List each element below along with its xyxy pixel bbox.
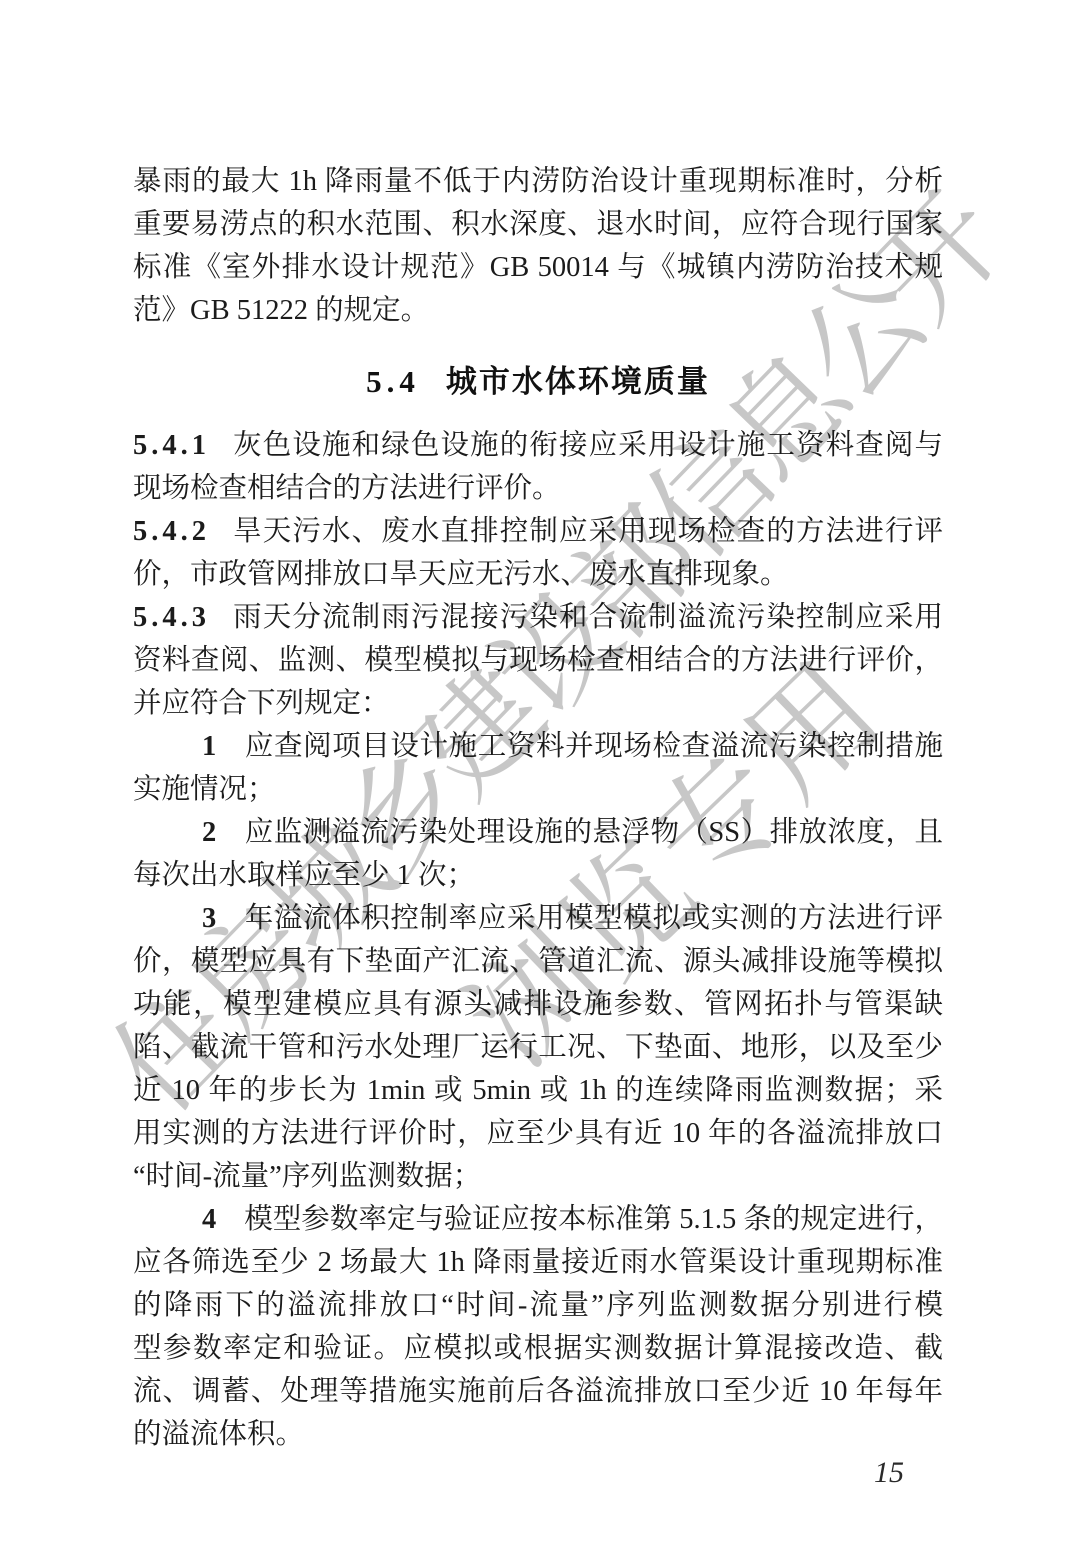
text-line: 范》GB 51222 的规定。 [133,289,943,332]
text-run: 标准《室外排水设计规范》GB 50014 与《城镇内涝防治技术规 [133,252,943,283]
text-run: 价，模型应具有下垫面产汇流、管道汇流、源头减排设施等模拟 [133,946,943,977]
section-heading: 5.4城市水体环境质量 [133,360,943,403]
text-run: 重要易涝点的积水范围、积水深度、退水时间，应符合现行国家 [133,209,943,240]
clause-number: 5.4.1 [133,430,210,461]
text-line: 4模型参数率定与验证应按本标准第 5.1.5 条的规定进行， [133,1198,943,1241]
text-line: 1应查阅项目设计施工资料并现场检查溢流污染控制措施 [133,725,943,768]
text-line: 标准《室外排水设计规范》GB 50014 与《城镇内涝防治技术规 [133,246,943,289]
clause-number: 5.4.3 [133,602,210,633]
section-number: 5.4 [366,364,420,399]
text-run: 并应符合下列规定： [133,688,390,719]
text-run: 应监测溢流污染处理设施的悬浮物（SS）排放浓度，且 [244,817,943,848]
item-number: 2 [202,817,216,848]
section-title: 城市水体环境质量 [446,364,710,399]
item-number: 4 [202,1204,216,1235]
text-run: 暴雨的最大 1h 降雨量不低于内涝防治设计重现期标准时，分析 [133,166,943,197]
text-line: 并应符合下列规定： [133,682,943,725]
text-run: 年溢流体积控制率应采用模型模拟或实测的方法进行评 [244,903,943,934]
text-line: 近 10 年的步长为 1min 或 5min 或 1h 的连续降雨监测数据；采 [133,1069,943,1112]
text-run: 雨天分流制雨污混接污染和合流制溢流污染控制应采用 [232,602,943,633]
text-run: 流、调蓄、处理等措施实施前后各溢流排放口至少近 10 年每年 [133,1376,943,1407]
text-line: 现场检查相结合的方法进行评价。 [133,467,943,510]
text-run: 每次出水取样应至少 1 次； [133,860,475,891]
text-run: 资料查阅、监测、模型模拟与现场检查相结合的方法进行评价， [133,645,943,676]
text-line: 用实测的方法进行评价时，应至少具有近 10 年的各溢流排放口 [133,1112,943,1155]
text-run: 范》GB 51222 的规定。 [133,295,429,326]
page-number: 15 [874,1456,904,1490]
clause-number: 5.4.2 [133,516,210,547]
text-line: 功能，模型建模应具有源头减排设施参数、管网拓扑与管渠缺 [133,983,943,1026]
text-run: 的降雨下的溢流排放口“时间-流量”序列监测数据分别进行模 [133,1290,943,1321]
text-run: 近 10 年的步长为 1min 或 5min 或 1h 的连续降雨监测数据；采 [133,1075,943,1106]
text-run: 旱天污水、废水直排控制应采用现场检查的方法进行评 [232,516,943,547]
text-line: 3年溢流体积控制率应采用模型模拟或实测的方法进行评 [133,897,943,940]
text-run: 模型参数率定与验证应按本标准第 5.1.5 条的规定进行， [244,1204,943,1235]
text-line: 每次出水取样应至少 1 次； [133,854,943,897]
text-line: 价，市政管网排放口旱天应无污水、废水直排现象。 [133,553,943,596]
text-line: 价，模型应具有下垫面产汇流、管道汇流、源头减排设施等模拟 [133,940,943,983]
text-line: 暴雨的最大 1h 降雨量不低于内涝防治设计重现期标准时，分析 [133,160,943,203]
text-run: 价，市政管网排放口旱天应无污水、废水直排现象。 [133,559,789,590]
text-run: 现场检查相结合的方法进行评价。 [133,473,561,504]
text-line: 的溢流体积。 [133,1413,943,1456]
text-run: 功能，模型建模应具有源头减排设施参数、管网拓扑与管渠缺 [133,989,943,1020]
text-line: 流、调蓄、处理等措施实施前后各溢流排放口至少近 10 年每年 [133,1370,943,1413]
text-line: 的降雨下的溢流排放口“时间-流量”序列监测数据分别进行模 [133,1284,943,1327]
text-line: 实施情况； [133,768,943,811]
text-line: 5.4.2旱天污水、废水直排控制应采用现场检查的方法进行评 [133,510,943,553]
text-line: 5.4.3雨天分流制雨污混接污染和合流制溢流污染控制应采用 [133,596,943,639]
text-run: 型参数率定和验证。应模拟或根据实测数据计算混接改造、截 [133,1333,943,1364]
text-run: 的溢流体积。 [133,1419,304,1450]
text-line: 重要易涝点的积水范围、积水深度、退水时间，应符合现行国家 [133,203,943,246]
text-line: 2应监测溢流污染处理设施的悬浮物（SS）排放浓度，且 [133,811,943,854]
document-body: 暴雨的最大 1h 降雨量不低于内涝防治设计重现期标准时，分析重要易涝点的积水范围… [133,160,943,1456]
text-run: 应查阅项目设计施工资料并现场检查溢流污染控制措施 [244,731,943,762]
item-number: 3 [202,903,216,934]
text-run: “时间-流量”序列监测数据； [133,1161,481,1192]
document-page: 住房城乡建设部信息公开 浏览专用 暴雨的最大 1h 降雨量不低于内涝防治设计重现… [0,0,1080,1564]
text-run: 实施情况； [133,774,276,805]
text-line: “时间-流量”序列监测数据； [133,1155,943,1198]
text-run: 灰色设施和绿色设施的衔接应采用设计施工资料查阅与 [232,430,943,461]
text-line: 应各筛选至少 2 场最大 1h 降雨量接近雨水管渠设计重现期标准 [133,1241,943,1284]
text-line: 5.4.1灰色设施和绿色设施的衔接应采用设计施工资料查阅与 [133,424,943,467]
text-line: 型参数率定和验证。应模拟或根据实测数据计算混接改造、截 [133,1327,943,1370]
text-run: 应各筛选至少 2 场最大 1h 降雨量接近雨水管渠设计重现期标准 [133,1247,943,1278]
text-line: 陷、截流干管和污水处理厂运行工况、下垫面、地形，以及至少 [133,1026,943,1069]
item-number: 1 [202,731,216,762]
text-run: 陷、截流干管和污水处理厂运行工况、下垫面、地形，以及至少 [133,1032,943,1063]
text-run: 用实测的方法进行评价时，应至少具有近 10 年的各溢流排放口 [133,1118,943,1149]
text-line: 资料查阅、监测、模型模拟与现场检查相结合的方法进行评价， [133,639,943,682]
